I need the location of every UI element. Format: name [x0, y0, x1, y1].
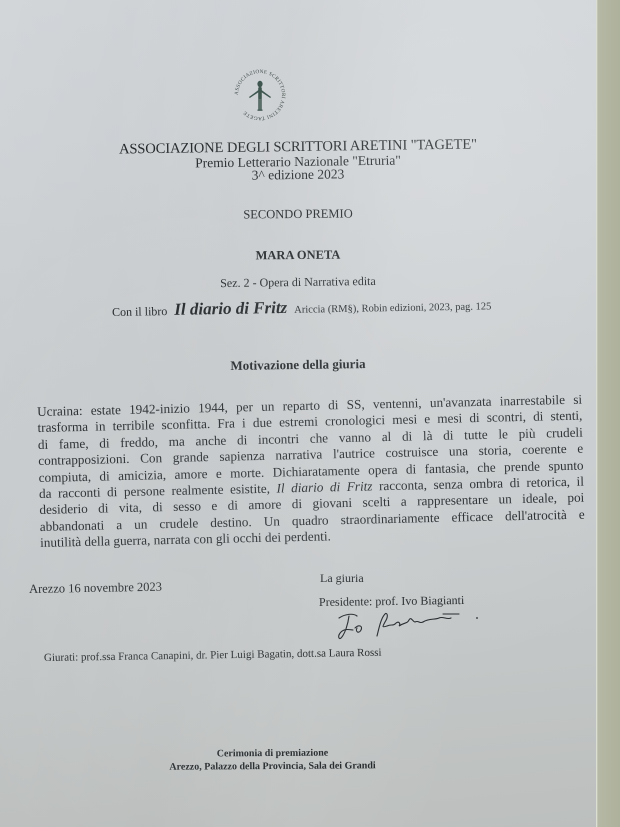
- jury-label: La giuria: [320, 572, 364, 584]
- award-section: Sez. 2 - Opera di Narrativa edita: [0, 272, 596, 292]
- book-details: Ariccia (RM§), Robin edizioni, 2023, pag…: [294, 301, 491, 315]
- motivation-heading: Motivazione della giuria: [0, 354, 596, 375]
- ceremony-place: Arezzo, Palazzo della Provincia, Sala de…: [0, 758, 545, 775]
- jurors-list: Giurati: prof.ssa Franca Canapini, dr. P…: [44, 648, 382, 664]
- motivation-text: Ucraina: estate 1942-inizio 1944, per un…: [37, 392, 585, 552]
- award-certificate-page: ASSOCIAZIONE SCRITTORI ARETINI TAGETE AS…: [0, 0, 597, 827]
- handwritten-signature-icon: [335, 608, 495, 642]
- award-rank: SECONDO PREMIO: [0, 205, 596, 223]
- book-line: Con il libro Il diario di Fritz Ariccia …: [112, 295, 492, 319]
- association-seal-icon: ASSOCIAZIONE SCRITTORI ARETINI TAGETE: [229, 64, 291, 126]
- winner-name: MARA ONETA: [0, 246, 596, 264]
- background-surface: [596, 0, 620, 827]
- book-prefix: Con il libro: [112, 304, 168, 319]
- place-date: Arezzo 16 novembre 2023: [29, 581, 162, 596]
- jury-president: Presidente: prof. Ivo Biagianti: [319, 594, 464, 608]
- book-title: Il diario di Fritz: [174, 298, 287, 319]
- ceremony-info: Cerimonia di premiazione Arezzo, Palazzo…: [0, 745, 545, 775]
- book-title-inline: Il diario di Fritz: [276, 478, 372, 495]
